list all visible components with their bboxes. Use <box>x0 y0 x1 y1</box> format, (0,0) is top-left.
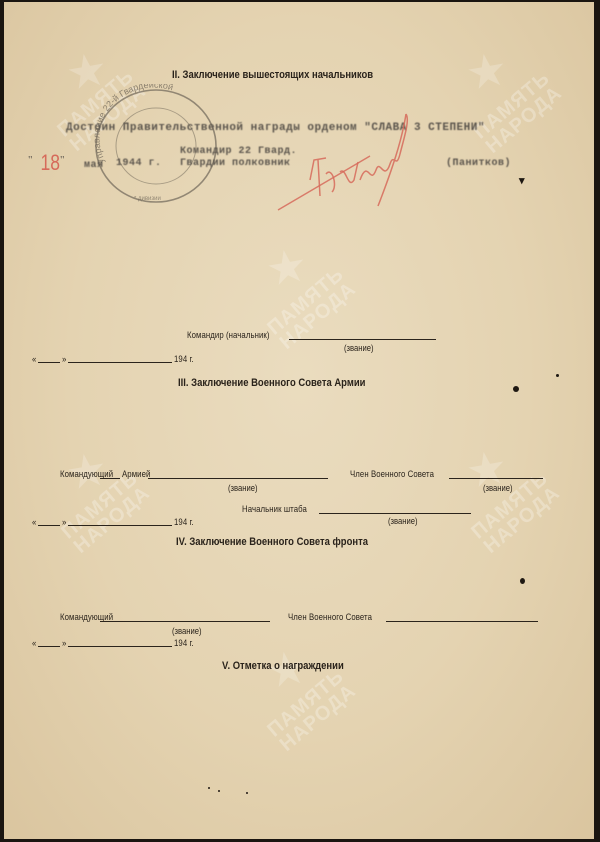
ink-speck <box>246 792 248 794</box>
army-number-line <box>100 478 120 479</box>
date-day-line <box>38 362 60 363</box>
date-month-line <box>68 525 172 526</box>
official-stamp-icon: Управление 22-й Гвардейской * дивизии <box>90 84 230 206</box>
date-month: мая <box>84 160 104 171</box>
date-open-quote: « <box>32 517 36 528</box>
commander-label: Командир (начальник) <box>187 330 270 341</box>
date-quote-close: " <box>60 154 65 166</box>
section-3-heading: III. Заключение Военного Совета Армии <box>178 377 365 389</box>
front-commander-signature-line <box>100 621 270 622</box>
ink-speck <box>513 386 519 392</box>
commander-signature-line <box>289 339 436 340</box>
date-open-quote: « <box>32 638 36 649</box>
date-day-line <box>38 646 60 647</box>
chief-of-staff-signature-line <box>319 513 471 514</box>
rank-hint: (звание) <box>483 483 513 493</box>
ink-speck <box>556 374 559 377</box>
year-suffix: 194 г. <box>174 638 194 649</box>
council-member-label: Член Военного Совета <box>288 612 372 623</box>
year-suffix: 194 г. <box>174 517 194 528</box>
ink-speck <box>208 787 210 789</box>
rank-hint: (звание) <box>228 483 258 493</box>
council-member-signature-line <box>449 478 543 479</box>
rank-hint: (звание) <box>344 343 374 353</box>
rank-hint: (звание) <box>388 516 418 526</box>
chief-of-staff-label: Начальник штаба <box>242 504 307 515</box>
date-close-quote: » <box>62 354 66 365</box>
date-open-quote: « <box>32 354 36 365</box>
date-day-line <box>38 525 60 526</box>
signature-icon <box>274 110 454 220</box>
army-label: Армией <box>122 469 150 480</box>
year-suffix: 194 г. <box>174 354 194 365</box>
typed-signatory-name: (Панитков) <box>446 158 511 169</box>
document-page: ★ ПАМЯТЬНАРОДА ★ ПАМЯТЬНАРОДА ★ ПАМЯТЬНА… <box>4 2 594 839</box>
svg-text:* дивизии: * дивизии <box>134 196 161 202</box>
watermark-star-icon: ★ <box>462 41 512 101</box>
section-2-heading: II. Заключение вышестоящих начальников <box>172 69 373 81</box>
date-quote-open: " <box>28 154 33 166</box>
date-month-line <box>68 362 172 363</box>
section-5-heading: V. Отметка о награждении <box>222 660 344 672</box>
section-4-heading: IV. Заключение Военного Совета фронта <box>176 536 368 548</box>
army-commander-signature-line <box>148 478 328 479</box>
council-member-label: Член Военного Совета <box>350 469 434 480</box>
rank-hint: (звание) <box>172 626 202 636</box>
ink-mark: ▾ <box>519 174 525 187</box>
date-day: 18 <box>40 150 60 176</box>
date-year: 1944 г. <box>116 158 162 169</box>
date-month-line <box>68 646 172 647</box>
date-close-quote: » <box>62 517 66 528</box>
date-close-quote: » <box>62 638 66 649</box>
ink-speck <box>520 578 525 584</box>
council-member-signature-line <box>386 621 538 622</box>
ink-speck <box>218 790 220 792</box>
